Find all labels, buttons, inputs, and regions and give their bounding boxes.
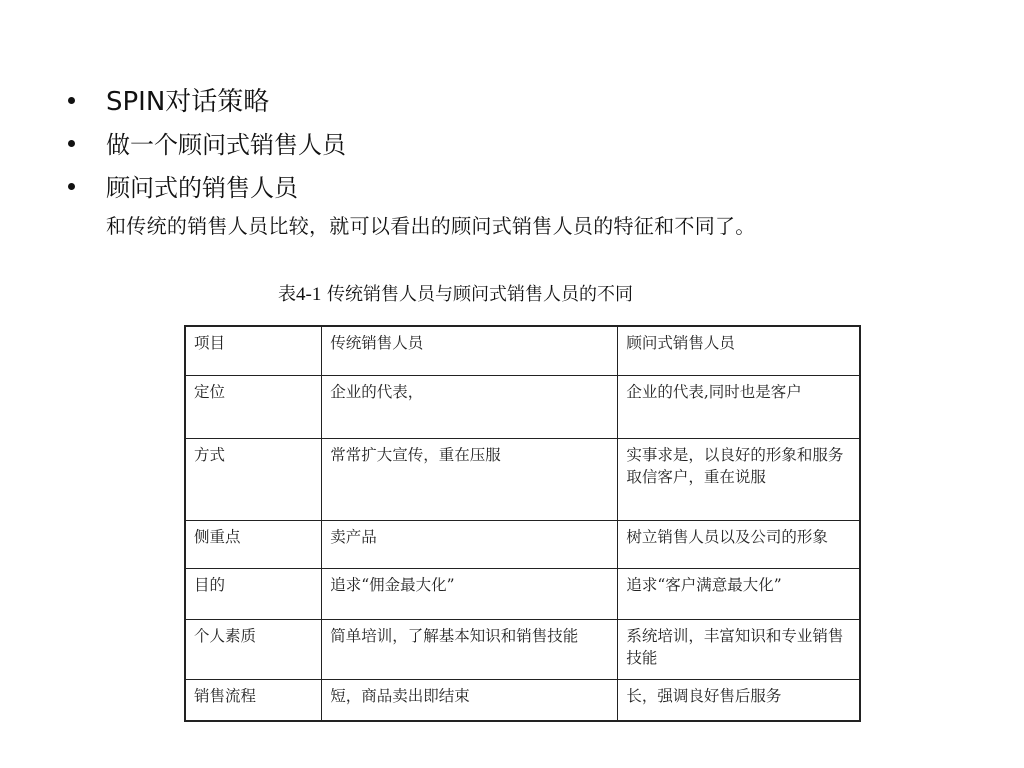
table-row: 目的 追求“佣金最大化” 追求“客户满意最大化” [185, 569, 860, 620]
consultative-cell: 实事求是，以良好的形象和服务取信客户，重在说服 [618, 439, 860, 521]
traditional-cell: 简单培训，了解基本知识和销售技能 [322, 620, 618, 680]
row-label-cell: 方式 [185, 439, 322, 521]
intro-paragraph: 和传统的销售人员比较，就可以看出的顾问式销售人员的特征和不同了。 [106, 210, 756, 239]
caption-number: 4-1 [296, 284, 321, 305]
table-row: 个人素质 简单培训，了解基本知识和销售技能 系统培训，丰富知识和专业销售技能 [185, 620, 860, 680]
header-cell-consultative: 顾问式销售人员 [618, 326, 860, 376]
table-caption: 表4-1 传统销售人员与顾问式销售人员的不同 [278, 280, 633, 306]
table-row: 侧重点 卖产品 树立销售人员以及公司的形象 [185, 521, 860, 569]
row-label-cell: 目的 [185, 569, 322, 620]
row-label-cell: 定位 [185, 376, 322, 439]
row-label-cell: 侧重点 [185, 521, 322, 569]
consultative-cell: 追求“客户满意最大化” [618, 569, 860, 620]
header-cell-traditional: 传统销售人员 [322, 326, 618, 376]
consultative-cell: 树立销售人员以及公司的形象 [618, 521, 860, 569]
traditional-cell: 追求“佣金最大化” [322, 569, 618, 620]
caption-title: 传统销售人员与顾问式销售人员的不同 [321, 284, 633, 305]
header-cell-item: 项目 [185, 326, 322, 376]
table-header-row: 项目 传统销售人员 顾问式销售人员 [185, 326, 860, 376]
consultative-cell: 企业的代表,同时也是客户 [618, 376, 860, 439]
bullet-item: 顾问式的销售人员 [64, 164, 964, 207]
bullet-list: SPIN对话策略 做一个顾问式销售人员 顾问式的销售人员 [64, 78, 964, 207]
caption-prefix: 表 [278, 284, 296, 305]
bullet-text: 顾问式的销售人员 [106, 168, 298, 203]
bullet-dot-icon [68, 183, 75, 190]
consultative-cell: 系统培训，丰富知识和专业销售技能 [618, 620, 860, 680]
consultative-cell: 长，强调良好售后服务 [618, 680, 860, 722]
traditional-cell: 常常扩大宣传，重在压服 [322, 439, 618, 521]
table-row: 定位 企业的代表， 企业的代表,同时也是客户 [185, 376, 860, 439]
comparison-table: 项目 传统销售人员 顾问式销售人员 定位 企业的代表， 企业的代表,同时也是客户… [184, 325, 861, 722]
bullet-dot-icon [68, 140, 75, 147]
row-label-cell: 销售流程 [185, 680, 322, 722]
bullet-item: SPIN对话策略 [64, 78, 964, 121]
traditional-cell: 企业的代表， [322, 376, 618, 439]
row-label-cell: 个人素质 [185, 620, 322, 680]
table-row: 销售流程 短，商品卖出即结束 长，强调良好售后服务 [185, 680, 860, 722]
bullet-item: 做一个顾问式销售人员 [64, 121, 964, 164]
table-row: 方式 常常扩大宣传，重在压服 实事求是，以良好的形象和服务取信客户，重在说服 [185, 439, 860, 521]
traditional-cell: 卖产品 [322, 521, 618, 569]
bullet-text: 做一个顾问式销售人员 [106, 125, 346, 160]
bullet-dot-icon [68, 97, 75, 104]
bullet-text: SPIN对话策略 [106, 81, 269, 118]
traditional-cell: 短，商品卖出即结束 [322, 680, 618, 722]
